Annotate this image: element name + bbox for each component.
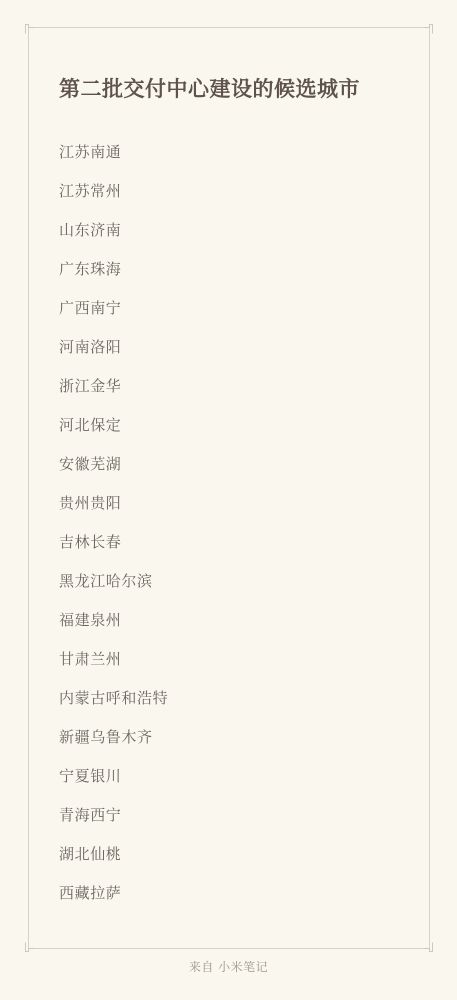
city-item: 贵州贵阳: [59, 492, 168, 531]
city-item: 江苏南通: [59, 141, 168, 180]
city-list: 江苏南通 江苏常州 山东济南 广东珠海 广西南宁 河南洛阳 浙江金华 河北保定 …: [59, 141, 168, 921]
city-item: 广西南宁: [59, 297, 168, 336]
city-item: 山东济南: [59, 219, 168, 258]
city-item: 广东珠海: [59, 258, 168, 297]
city-item: 甘肃兰州: [59, 648, 168, 687]
city-item: 河南洛阳: [59, 336, 168, 375]
city-item: 吉林长春: [59, 531, 168, 570]
city-item: 安徽芜湖: [59, 453, 168, 492]
city-item: 湖北仙桃: [59, 843, 168, 882]
city-item: 西藏拉萨: [59, 882, 168, 921]
corner-ornament-icon: [423, 24, 433, 34]
corner-ornament-icon: [25, 24, 35, 34]
corner-ornament-icon: [25, 942, 35, 952]
city-item: 内蒙古呼和浩特: [59, 687, 168, 726]
city-item: 福建泉州: [59, 609, 168, 648]
city-item: 河北保定: [59, 414, 168, 453]
city-item: 宁夏银川: [59, 765, 168, 804]
city-item: 江苏常州: [59, 180, 168, 219]
note-title: 第二批交付中心建设的候选城市: [59, 73, 360, 103]
city-item: 青海西宁: [59, 804, 168, 843]
city-item: 黑龙江哈尔滨: [59, 570, 168, 609]
city-item: 新疆乌鲁木齐: [59, 726, 168, 765]
city-item: 浙江金华: [59, 375, 168, 414]
source-attribution: 来自 小米笔记: [0, 958, 457, 975]
corner-ornament-icon: [423, 942, 433, 952]
